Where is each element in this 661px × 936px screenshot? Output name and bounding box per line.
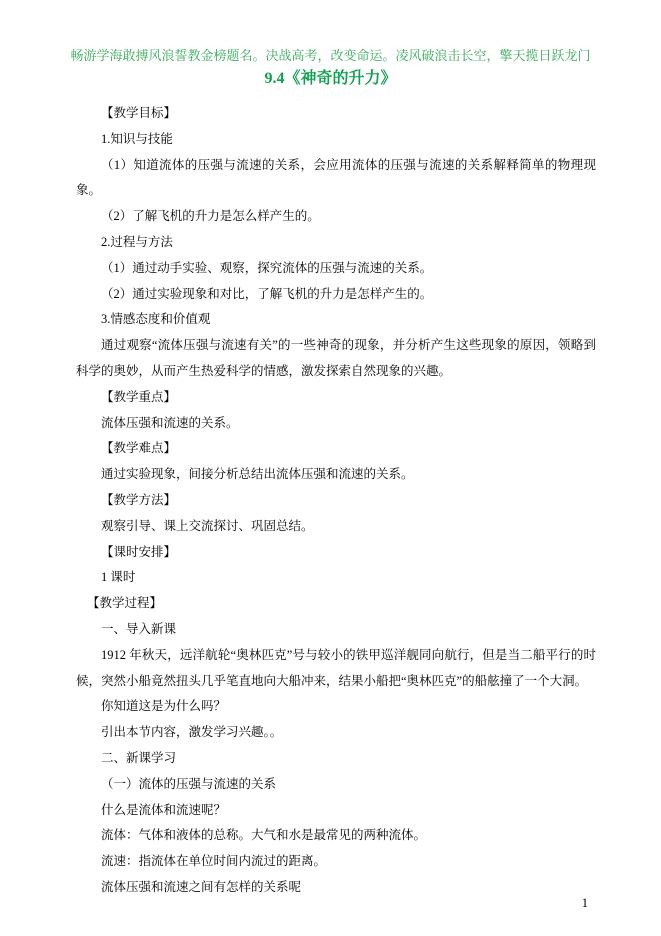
paragraph-list: 【教学目标】1.知识与技能（1）知道流体的压强与流速的关系，会应用流体的压强与流… [76, 101, 596, 901]
paragraph: （2）了解飞机的升力是怎么样产生的。 [76, 204, 596, 230]
paragraph: 1.知识与技能 [76, 127, 596, 153]
document-page: 畅游学海敢搏风浪誓教金榜题名。决战高考，改变命运。凌风破浪击长空，擎天揽日跃龙门… [0, 0, 661, 936]
paragraph: 1912 年秋天，远洋航轮“奥林匹克”号与较小的铁甲巡洋舰同向航行，但是当二船平… [76, 643, 596, 695]
paragraph: 1 课时 [76, 565, 596, 591]
paragraph: 流体压强和流速的关系。 [76, 411, 596, 437]
paragraph: 【教学目标】 [76, 101, 596, 127]
paragraph: 观察引导、课上交流探讨、巩固总结。 [76, 514, 596, 540]
header-slogan: 畅游学海敢搏风浪誓教金榜题名。决战高考，改变命运。凌风破浪击长空，擎天揽日跃龙门 [0, 48, 661, 64]
paragraph: 一、导入新课 [76, 617, 596, 643]
paragraph: 通过观察“流体压强与流速有关”的一些神奇的现象，并分析产生这些现象的原因，领略到… [76, 333, 596, 385]
paragraph: （1）知道流体的压强与流速的关系，会应用流体的压强与流速的关系解释简单的物理现象… [76, 153, 596, 205]
page-number: 1 [76, 893, 588, 913]
paragraph: 流速：指流体在单位时间内流过的距离。 [76, 849, 596, 875]
paragraph: （2）通过实验现象和对比，了解飞机的升力是怎样产生的。 [76, 282, 596, 308]
paragraph: 【教学重点】 [76, 385, 596, 411]
paragraph: 【教学方法】 [76, 488, 596, 514]
paragraph: 流体：气体和液体的总称。大气和水是最常见的两种流体。 [76, 823, 596, 849]
paragraph: （一）流体的压强与流速的关系 [76, 772, 596, 798]
paragraph: 什么是流体和流速呢？ [76, 798, 596, 824]
paragraph: 2.过程与方法 [76, 230, 596, 256]
paragraph: 引出本节内容，激发学习兴趣。。 [76, 720, 596, 746]
paragraph: 你知道这是为什么吗？ [76, 694, 596, 720]
paragraph: 3.情感态度和价值观 [76, 307, 596, 333]
paragraph: 二、新课学习 [76, 746, 596, 772]
paragraph: （1）通过动手实验、观察，探究流体的压强与流速的关系。 [76, 256, 596, 282]
paragraph: 【课时安排】 [76, 540, 596, 566]
paragraph: 【教学过程】 [76, 591, 596, 617]
paragraph: 【教学难点】 [76, 436, 596, 462]
page-title: 9.4《神奇的升力》 [0, 67, 661, 91]
paragraph: 通过实验现象，间接分析总结出流体压强和流速的关系。 [76, 462, 596, 488]
